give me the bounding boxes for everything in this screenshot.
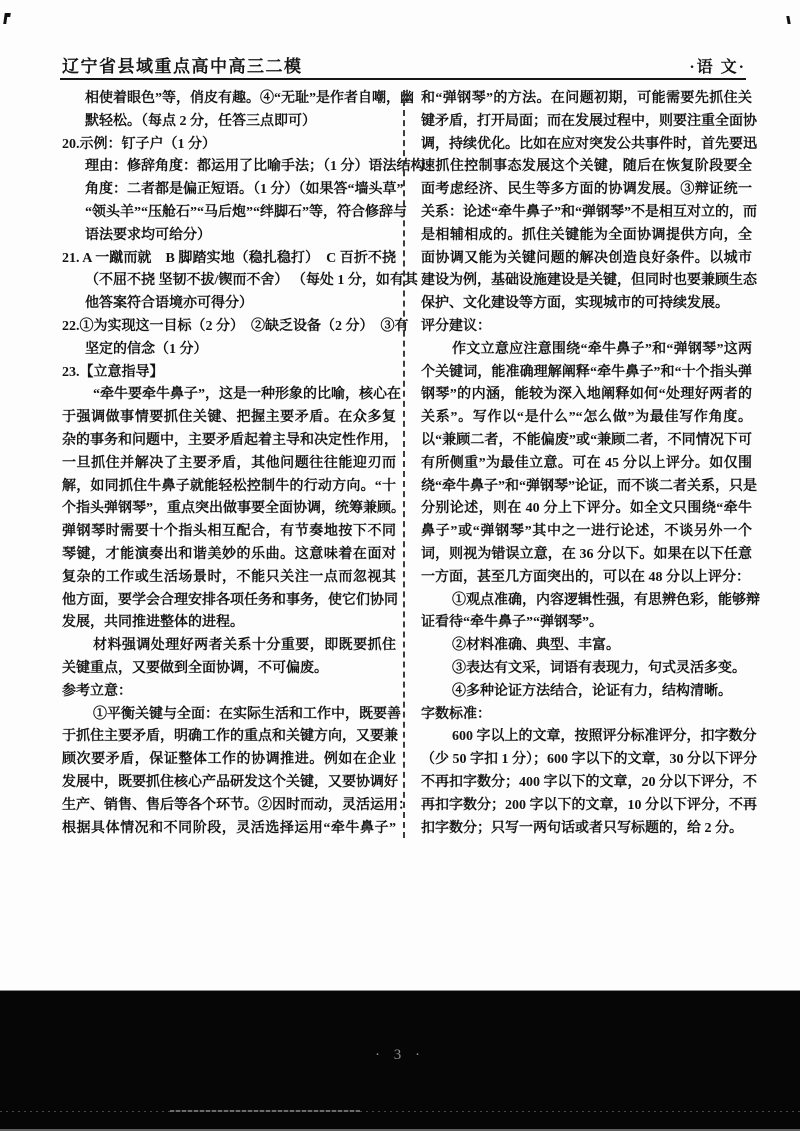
text-line: 字数标准： xyxy=(421,704,752,727)
subject-label: ·语 文· xyxy=(689,54,746,77)
text-line: 关键重点，又要做到全面协调，不可偏废。 xyxy=(62,658,396,681)
footer-band: · 3 · xyxy=(0,990,800,1131)
text-line: 绕“牵牛鼻子”和“弹钢琴”论证，而不谈二者关系，只是 xyxy=(421,476,752,499)
text-line: 一旦抓住并解决了主要矛盾，其他问题往往能迎刃而 xyxy=(62,453,396,476)
text-line: 坚定的信念（1 分） xyxy=(62,339,396,362)
text-line: 和“弹钢琴”的方法。在问题初期，可能需要先抓住关 xyxy=(421,88,752,111)
footer-dotted-line xyxy=(0,1111,800,1112)
text-line: 理由：修辞角度：都运用了比喻手法；（1 分）语法结构 xyxy=(62,156,396,179)
text-line: 面协调又能为关键问题的解决创造良好条件。以城市 xyxy=(421,248,752,271)
text-line: 作文立意应注意围绕“牵牛鼻子”和“弹钢琴”这两 xyxy=(421,339,752,362)
text-line: 于抓住主要矛盾，明确工作的重点和关键方向，又要兼 xyxy=(62,726,396,749)
text-line: 个关键词，能准确理解阐释“牵牛鼻子”和“十个指头弹 xyxy=(421,362,752,385)
text-line: 20.示例：钉子户（1 分） xyxy=(62,134,396,157)
text-line: 角度：二者都是偏正短语。（1 分）（如果答“墙头草” xyxy=(62,179,396,202)
text-line: 他方面，要学会合理安排各项任务和事务，使它们协同 xyxy=(62,590,396,613)
text-line: 建设为例，基础设施建设是关键，但同时也要兼顾生态 xyxy=(421,270,752,293)
text-line: 琴键，才能演奏出和谐美妙的乐曲。这意味着在面对 xyxy=(62,544,396,567)
text-line: 分别论述，则在 40 分上下评分。如全文只围绕“牵牛 xyxy=(421,498,752,521)
exam-title: 辽宁省县域重点高中高三二模 xyxy=(62,52,303,77)
text-line: 他答案符合语境亦可得分） xyxy=(62,293,396,316)
text-line: 不再扣字数分；400 字以下的文章，20 分以下评分，不 xyxy=(421,772,752,795)
text-line: （不屈不挠 坚韧不拔/锲而不舍） （每处 1 分，如有其 xyxy=(62,270,396,293)
right-column: 和“弹钢琴”的方法。在问题初期，可能需要先抓住关键矛盾，打开局面；而在发展过程中… xyxy=(421,88,752,840)
text-line: 再扣字数分；200 字以下的文章，10 分以下评分，不再 xyxy=(421,795,752,818)
text-line: 个指头弹钢琴”，重点突出做事要全面协调，统筹兼顾。 xyxy=(62,498,396,521)
text-line: 语法要求均可给分） xyxy=(62,225,396,248)
text-line: 键矛盾，打开局面；而在发展过程中，则要注重全面协 xyxy=(421,111,752,134)
text-line: 复杂的工作或生活场景时，不能只关注一点而忽视其 xyxy=(62,567,396,590)
text-line: “领头羊”“压舱石”“马后炮”“绊脚石”等，符合修辞与 xyxy=(62,202,396,225)
text-line: 有所侧重”为最佳立意。可在 45 分以上评分。如仅围 xyxy=(421,453,752,476)
text-line: ④多种论证方法结合，论证有力，结构清晰。 xyxy=(421,681,752,704)
text-line: 21. A 一蹴而就 B 脚踏实地（稳扎稳打） C 百折不挠 xyxy=(62,248,396,271)
text-line: 发展中，既要抓住核心产品研发这个关键，又要协调好 xyxy=(62,772,396,795)
text-line: 是相辅相成的。抓住关键能为全面协调提供方向，全 xyxy=(421,225,752,248)
left-column: 相使着眼色”等，俏皮有趣。④“无耻”是作者自嘲，幽默轻松。（每点 2 分，任答三… xyxy=(62,88,396,840)
text-line: 600 字以上的文章，按照评分标准评分，扣字数分 xyxy=(421,726,752,749)
text-line: 钢琴”的内涵，能较为深入地阐释如何“处理好两者的 xyxy=(421,384,752,407)
text-line: “牵牛要牵牛鼻子”，这是一种形象的比喻，核心在 xyxy=(62,384,396,407)
text-line: 评分建议： xyxy=(421,316,752,339)
text-line: 解，如同抓住牛鼻子就能轻松控制牛的行动方向。“十 xyxy=(62,476,396,499)
text-line: 关系：论述“牵牛鼻子”和“弹钢琴”不是相互对立的，而 xyxy=(421,202,752,225)
text-line: ③表达有文采，词语有表现力，句式灵活多变。 xyxy=(421,658,752,681)
scanned-page: 辽宁省县域重点高中高三二模 ·语 文· 相使着眼色”等，俏皮有趣。④“无耻”是作… xyxy=(0,0,800,1131)
text-line: 顾次要矛盾，保证整体工作的协调推进。例如在企业 xyxy=(62,749,396,772)
page-number: · 3 · xyxy=(0,1047,800,1064)
text-line: 以“兼顾二者，不能偏废”或“兼顾二者，不同情况下可 xyxy=(421,430,752,453)
text-line: 关系”。写作以“是什么”“怎么做”为最佳写作角度。 xyxy=(421,407,752,430)
text-line: ①观点准确，内容逻辑性强，有思辨色彩，能够辩 xyxy=(421,590,752,613)
text-line: 材料强调处理好两者关系十分重要，即既要抓住 xyxy=(62,635,396,658)
text-line: 杂的事务和问题中，主要矛盾起着主导和决定性作用， xyxy=(62,430,396,453)
text-line: （少 50 字扣 1 分）；600 字以下的文章，30 分以下评分 xyxy=(421,749,752,772)
text-line: 23.【立意指导】 xyxy=(62,362,396,385)
text-line: 面考虑经济、民生等多方面的协调发展。③辩证统一 xyxy=(421,179,752,202)
scan-artifact-mark xyxy=(786,16,790,24)
text-line: ②材料准确、典型、丰富。 xyxy=(421,635,752,658)
text-line: 证看待“牵牛鼻子”“弹钢琴”。 xyxy=(421,612,752,635)
text-line: 弹钢琴时需要十个指头相互配合，有节奏地按下不同 xyxy=(62,521,396,544)
text-line: 22.①为实现这一目标（2 分） ②缺乏设备（2 分） ③有 xyxy=(62,316,396,339)
text-line: 于强调做事情要抓住关键、把握主要矛盾。在众多复 xyxy=(62,407,396,430)
text-line: 保护、文化建设等方面，实现城市的可持续发展。 xyxy=(421,293,752,316)
text-line: 一方面，甚至几方面突出的，可以在 48 分以上评分： xyxy=(421,567,752,590)
text-line: 扣字数分；只写一两句话或者只写标题的，给 2 分。 xyxy=(421,818,752,841)
text-line: 相使着眼色”等，俏皮有趣。④“无耻”是作者自嘲，幽 xyxy=(62,88,396,111)
text-line: 根据具体情况和不同阶段，灵活选择运用“牵牛鼻子” xyxy=(62,818,396,841)
text-line: 调，持续优化。比如在应对突发公共事件时，首先要迅 xyxy=(421,134,752,157)
scan-artifact-mark xyxy=(3,13,8,24)
column-divider xyxy=(403,90,405,838)
text-line: 词，则视为错误立意，在 36 分以下。如果在以下任意 xyxy=(421,544,752,567)
text-line: 发展，共同推进整体的进程。 xyxy=(62,612,396,635)
text-line: 默轻松。（每点 2 分，任答三点即可） xyxy=(62,111,396,134)
text-line: 参考立意： xyxy=(62,681,396,704)
text-line: 鼻子”或“弹钢琴”其中之一进行论述，不谈另外一个 xyxy=(421,521,752,544)
text-line: 速抓住控制事态发展这个关键，随后在恢复阶段要全 xyxy=(421,156,752,179)
text-line: ①平衡关键与全面：在实际生活和工作中，既要善 xyxy=(62,704,396,727)
header-rule xyxy=(60,78,746,80)
footer-dotted-line-segment xyxy=(170,1110,360,1112)
text-line: 生产、销售、售后等各个环节。②因时而动，灵活运用： xyxy=(62,795,396,818)
